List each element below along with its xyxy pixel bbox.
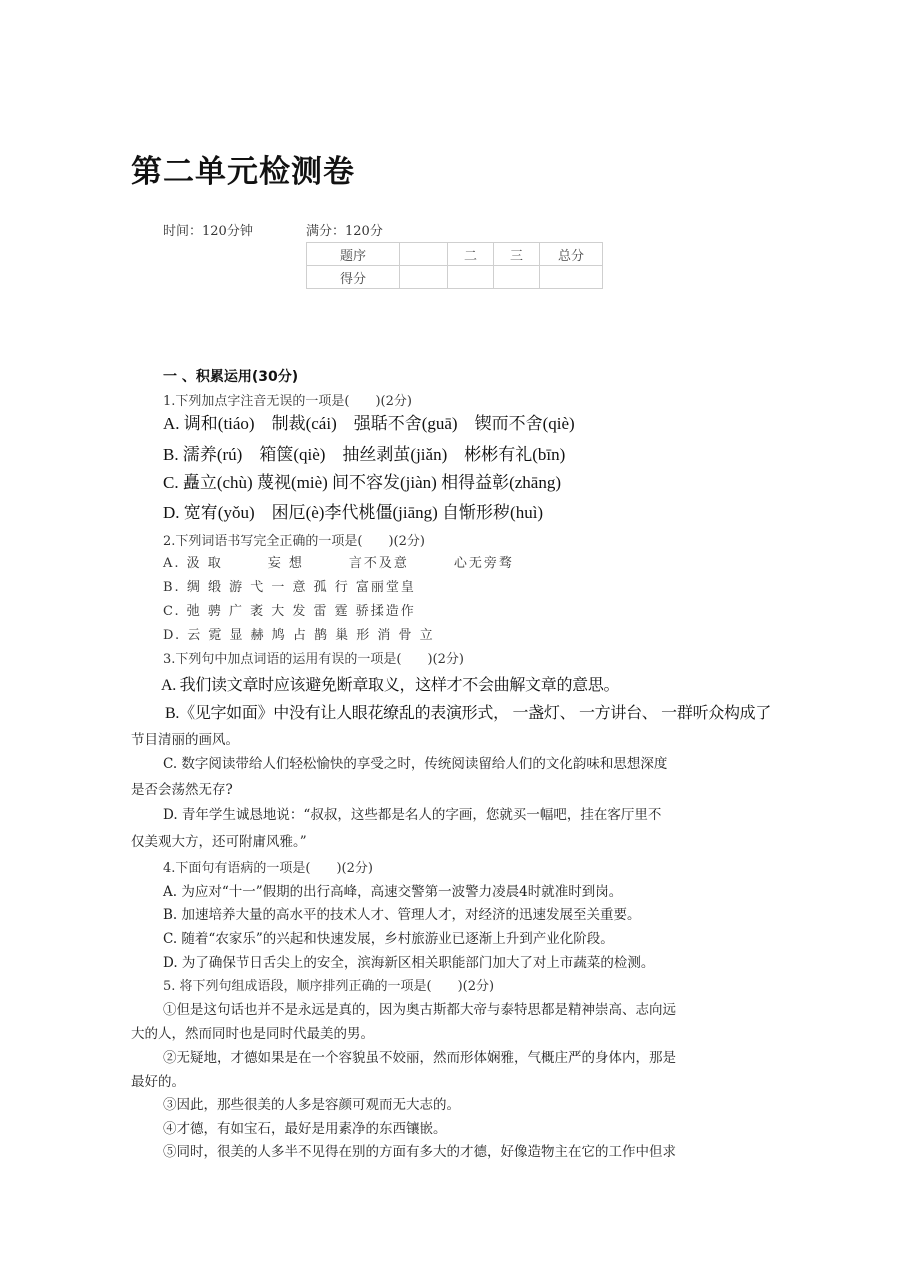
section-heading: 一 、积累运用(30分) bbox=[163, 366, 298, 386]
question-1-option-a: A. 调和(tiáo) 制裁(cái) 强聒不舍(guā) 锲而不舍(qiè) bbox=[163, 409, 575, 434]
question-1-option-c: C. 矗立(chù) 蔑视(miè) 间不容发(jiàn) 相得益彰(zhāng… bbox=[163, 468, 561, 493]
score-table-cell bbox=[540, 266, 603, 289]
score-table-cell bbox=[400, 266, 448, 289]
question-2-option-b: B. 绸 缎 游 弋 一 意 孤 行 富丽堂皇 bbox=[163, 576, 416, 595]
question-4-stem: 4.下面句有语病的一项是( )(2分) bbox=[163, 857, 373, 876]
question-3-option-b: B.《见字如面》中没有让人眼花缭乱的表演形式， 一盏灯、 一方讲台、 一群听众构… bbox=[165, 700, 771, 723]
question-1-option-d: D. 宽宥(yǒu) 困厄(è)李代桃僵(jiāng) 自惭形秽(huì) bbox=[163, 498, 543, 523]
question-5-sentence-1-cont: 大的人，然而同时也是同时代最美的男。 bbox=[131, 1022, 374, 1042]
score-table-cell bbox=[448, 266, 494, 289]
score-table-cell bbox=[400, 243, 448, 266]
score-table-cell: 总分 bbox=[540, 243, 603, 266]
score-table-cell bbox=[494, 266, 540, 289]
question-4-option-c: C. 随着“农家乐”的兴起和快速发展，乡村旅游业已逐渐上升到产业化阶段。 bbox=[163, 927, 614, 947]
question-4-option-d: D. 为了确保节日舌尖上的安全，滨海新区相关职能部门加大了对上市蔬菜的检测。 bbox=[163, 951, 654, 971]
question-3-option-d: D. 青年学生诚恳地说：“叔叔，这些都是名人的字画，您就买一幅吧，挂在客厅里不 bbox=[163, 803, 661, 823]
question-1-stem: 1.下列加点字注音无误的一项是( )(2分) bbox=[163, 390, 412, 409]
score-table-cell: 二 bbox=[448, 243, 494, 266]
question-5-sentence-2-cont: 最好的。 bbox=[131, 1070, 185, 1090]
exam-time: 时间：120分钟 bbox=[163, 220, 253, 239]
question-3-option-b-cont: 节目清丽的画风。 bbox=[131, 728, 239, 748]
question-2-stem: 2.下列词语书写完全正确的一项是( )(2分) bbox=[163, 530, 425, 549]
question-5-stem: 5. 将下列句组成语段，顺序排列正确的一项是( )(2分) bbox=[163, 975, 494, 994]
question-2-option-c: C. 弛 骋 广 袤 大 发 雷 霆 骄揉造作 bbox=[163, 600, 416, 619]
score-table-cell: 三 bbox=[494, 243, 540, 266]
question-2-option-d: D. 云 霓 显 赫 鸠 占 鹊 巢 形 消 骨 立 bbox=[163, 624, 435, 643]
question-3-option-d-cont: 仅美观大方，还可附庸风雅。” bbox=[131, 830, 307, 850]
question-3-option-c: C. 数字阅读带给人们轻松愉快的享受之时，传统阅读留给人们的文化韵味和思想深度 bbox=[163, 752, 667, 772]
full-score: 满分：120分 bbox=[306, 220, 383, 239]
score-table: 题序 二 三 总分 得分 bbox=[306, 242, 603, 289]
score-table-score-row: 得分 bbox=[307, 266, 603, 289]
question-4-option-a: A. 为应对“十一”假期的出行高峰，高速交警第一波警力凌晨4时就准时到岗。 bbox=[163, 880, 622, 900]
question-1-option-b: B. 濡养(rú) 箱箧(qiè) 抽丝剥茧(jiǎn) 彬彬有礼(bīn) bbox=[163, 440, 565, 465]
question-5-sentence-4: ④才德，有如宝石，最好是用素净的东西镶嵌。 bbox=[163, 1117, 447, 1137]
question-2-option-a: A. 汲 取 妄 想 言不及意 心无旁骛 bbox=[163, 552, 514, 571]
question-3-stem: 3.下列句中加点词语的运用有误的一项是( )(2分) bbox=[163, 648, 464, 667]
question-3-option-c-cont: 是否会荡然无存? bbox=[131, 778, 233, 798]
question-5-sentence-3: ③因此，那些很美的人多是容颜可观而无大志的。 bbox=[163, 1093, 460, 1113]
page-title: 第二单元检测卷 bbox=[131, 146, 355, 191]
question-5-sentence-5: ⑤同时，很美的人多半不见得在别的方面有多大的才德，好像造物主在它的工作中但求 bbox=[163, 1140, 676, 1160]
score-table-cell: 题序 bbox=[307, 243, 400, 266]
question-5-sentence-2: ②无疑地，才德如果是在一个容貌虽不姣丽，然而形体娴雅，气概庄严的身体内，那是 bbox=[163, 1046, 676, 1066]
score-table-header-row: 题序 二 三 总分 bbox=[307, 243, 603, 266]
question-3-option-a: A. 我们读文章时应该避免断章取义，这样才不会曲解文章的意思。 bbox=[161, 672, 619, 695]
score-table-cell: 得分 bbox=[307, 266, 400, 289]
question-5-sentence-1: ①但是这句话也并不是永远是真的，因为奥古斯都大帝与泰特思都是精神崇高、志向远 bbox=[163, 998, 676, 1018]
question-4-option-b: B. 加速培养大量的高水平的技术人才、管理人才，对经济的迅速发展至关重要。 bbox=[163, 903, 641, 923]
